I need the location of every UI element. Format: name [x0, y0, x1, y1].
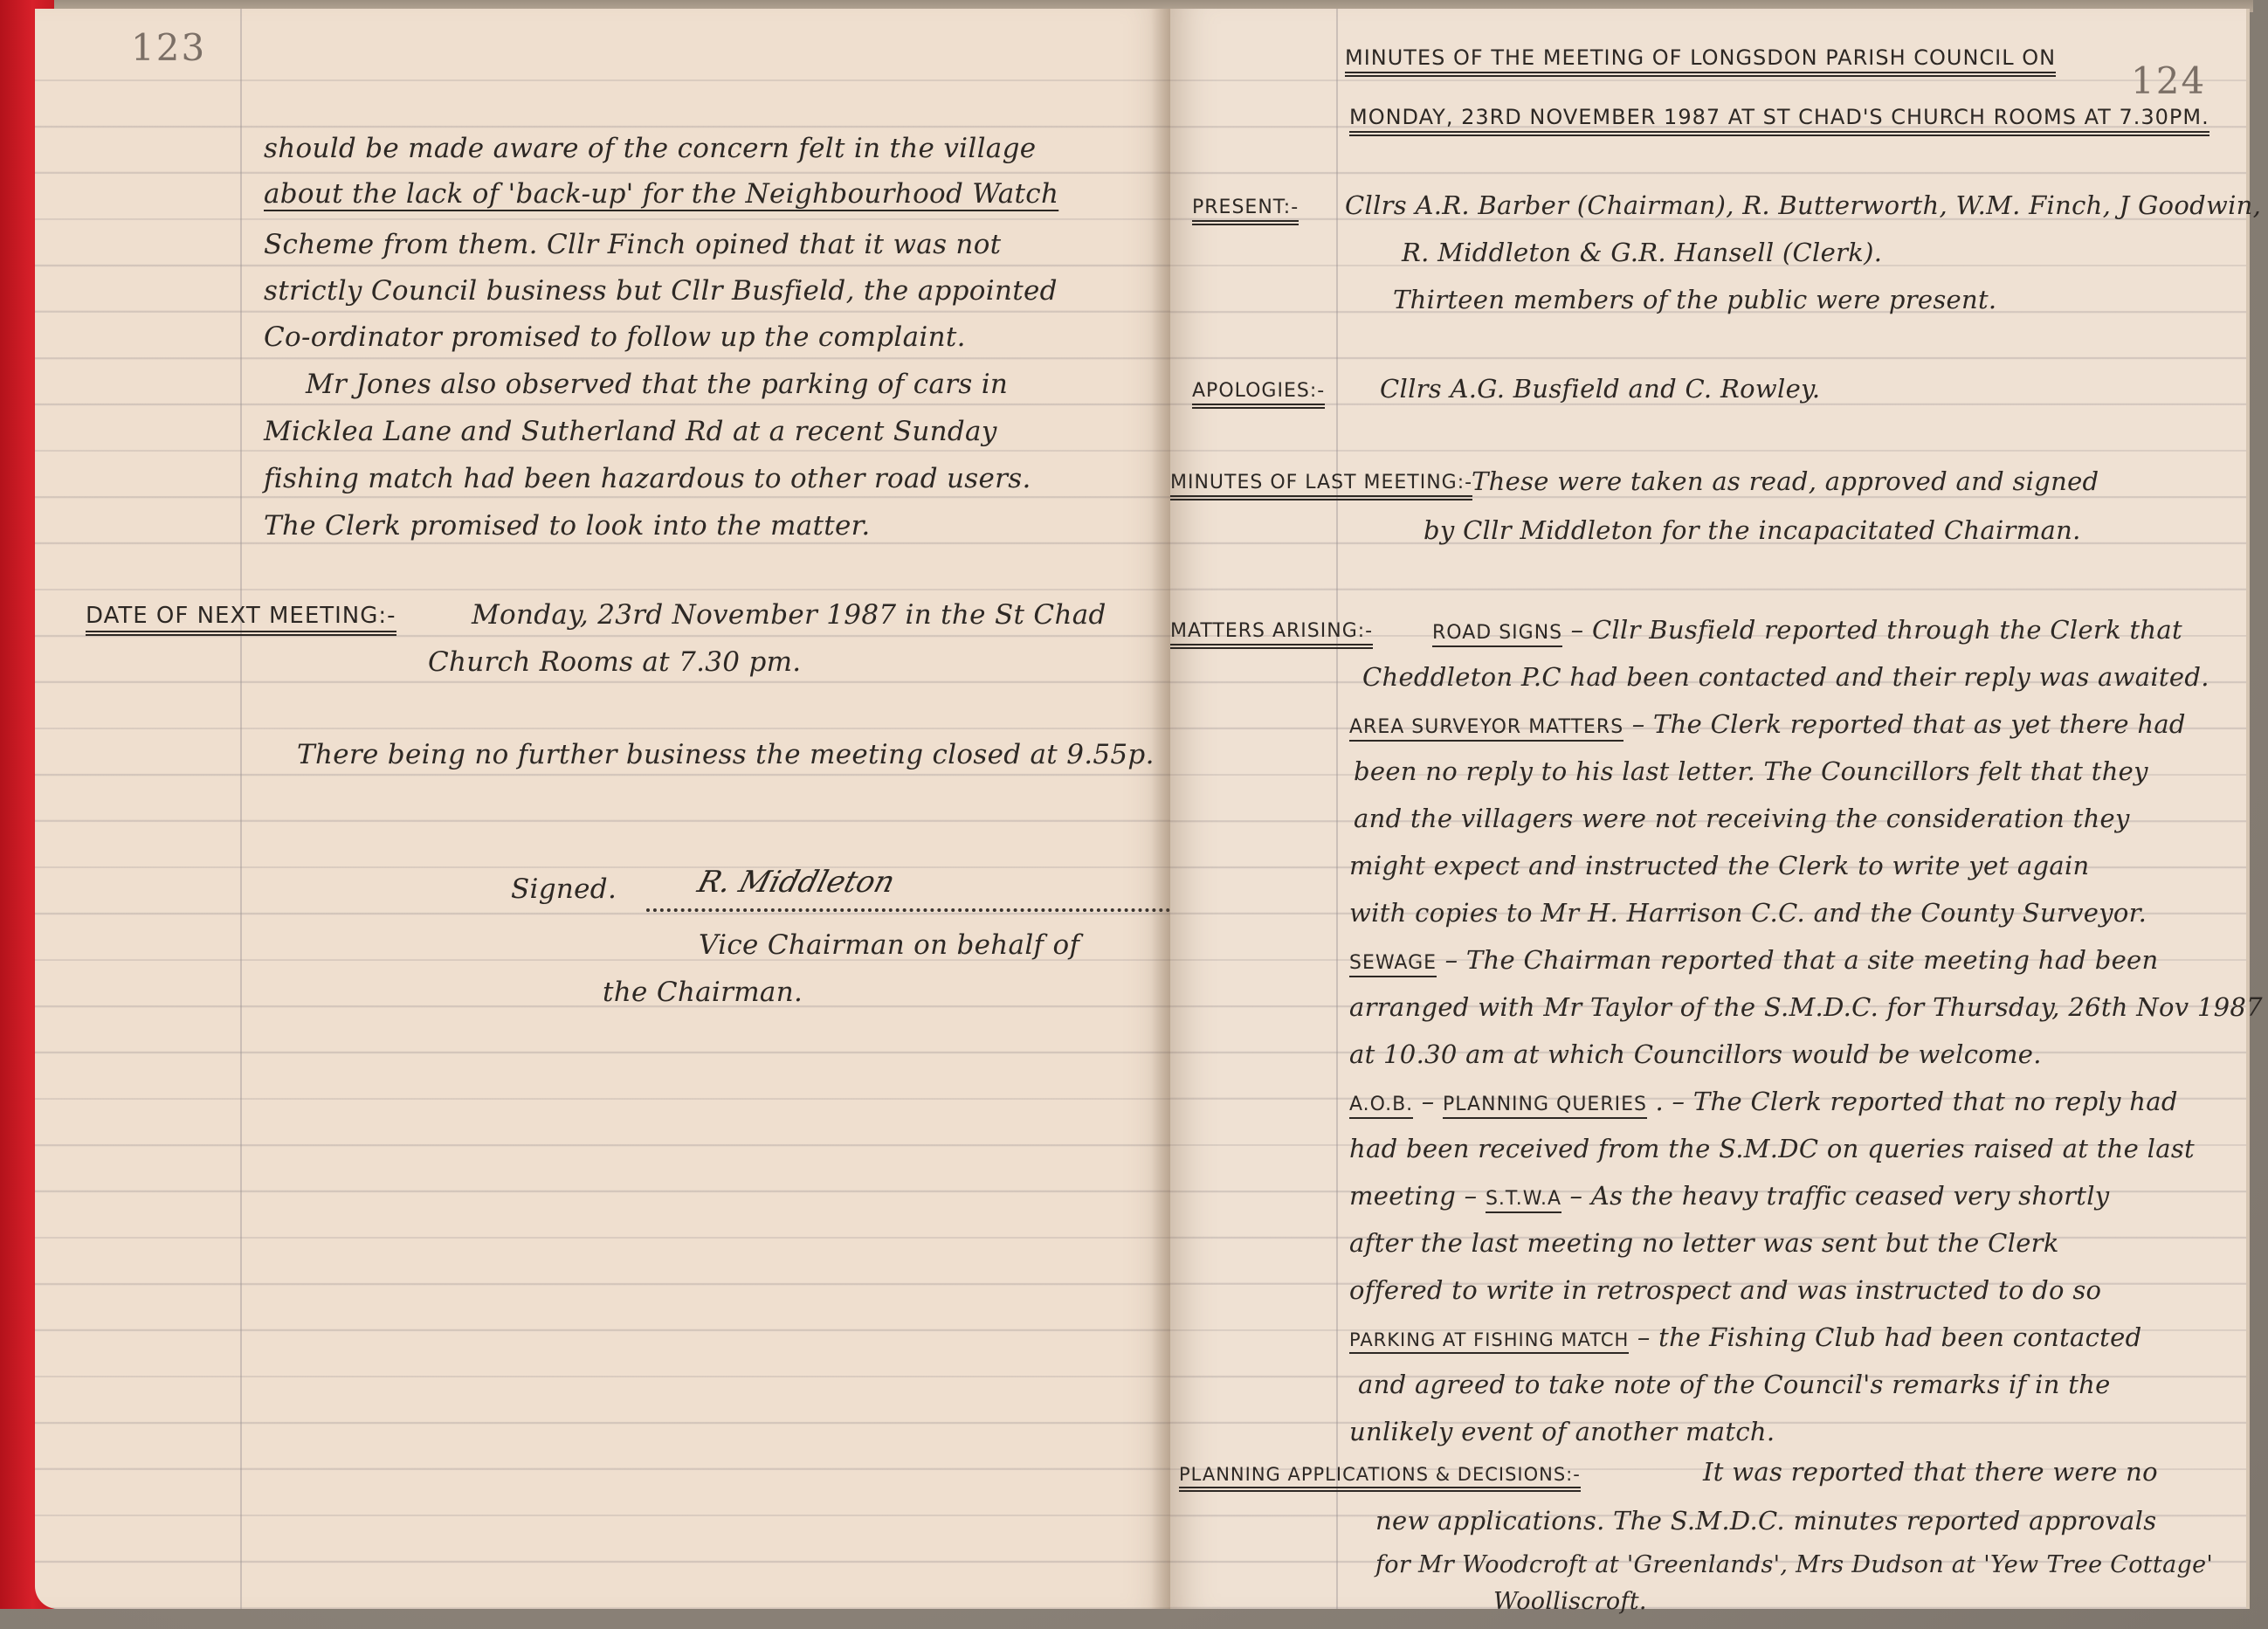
- parking-line: and agreed to take note of the Council's…: [1358, 1370, 2111, 1399]
- text-line: Scheme from them. Cllr Finch opined that…: [264, 229, 1001, 260]
- minutes-last-meeting-line: by Cllr Middleton for the incapacitated …: [1424, 515, 2081, 545]
- left-margin-line: [240, 9, 242, 1609]
- aob-text: – As the heavy traffic ceased very short…: [1570, 1181, 2110, 1211]
- text-line: about the lack of 'back-up' for the Neig…: [264, 178, 1058, 210]
- text-line: about the lack of 'back-up' for the Neig…: [264, 178, 1058, 210]
- aob-line: meeting – S.T.W.A – As the heavy traffic…: [1349, 1181, 2109, 1211]
- sewage-text: – The Chairman reported that a site meet…: [1445, 945, 2159, 975]
- sewage-line: arranged with Mr Taylor of the S.M.D.C. …: [1349, 992, 2263, 1022]
- page-number-right: 124: [2131, 59, 2206, 102]
- aob-item: A.O.B. – Planning Queries . – The Clerk …: [1349, 1087, 2178, 1116]
- text-line: Mr Jones also observed that the parking …: [306, 369, 1008, 400]
- road-signs-text: – Cllr Busfield reported through the Cle…: [1571, 615, 2182, 645]
- text-line: Co-ordinator promised to follow up the c…: [264, 321, 966, 353]
- planning-line: Woolliscroft.: [1493, 1588, 1647, 1615]
- aob-line: offered to write in retrospect and was i…: [1349, 1275, 2101, 1305]
- parking-text: – the Fishing Club had been contacted: [1637, 1322, 2142, 1352]
- parking-line: unlikely event of another match.: [1349, 1417, 1775, 1446]
- signatory-role: Vice Chairman on behalf of: [699, 929, 1079, 961]
- aob-text: . – The Clerk reported that no reply had: [1656, 1087, 2178, 1116]
- area-surveyor-line: might expect and instructed the Clerk to…: [1349, 851, 2090, 880]
- minutes-last-meeting-heading: Minutes of Last Meeting:-: [1170, 472, 1472, 500]
- sewage-subheading: Sewage: [1349, 952, 1437, 977]
- present-heading: Present:-: [1192, 197, 1299, 225]
- matters-arising-heading: Matters Arising:-: [1170, 620, 1373, 649]
- sewage-item: Sewage – The Chairman reported that a si…: [1349, 945, 2159, 975]
- area-surveyor-line: with copies to Mr H. Harrison C.C. and t…: [1349, 898, 2147, 928]
- text-line: strictly Council business but Cllr Busfi…: [264, 275, 1058, 307]
- text-line: should be made aware of the concern felt…: [264, 133, 1036, 164]
- minutes-title: Minutes of the meeting of Longsdon Paris…: [1345, 45, 2056, 77]
- area-surveyor-text: – The Clerk reported that as yet there h…: [1632, 709, 2186, 739]
- left-page: 123 should be made aware of the concern …: [35, 9, 1170, 1609]
- closing-statement: There being no further business the meet…: [297, 739, 1155, 770]
- minutes-title: Monday, 23rd November 1987 at St Chad's …: [1349, 105, 2209, 136]
- signed-label: Signed.: [511, 873, 617, 905]
- parking-item: Parking at Fishing Match – the Fishing C…: [1349, 1322, 2141, 1352]
- sewage-line: at 10.30 am at which Councillors would b…: [1349, 1039, 2042, 1069]
- present-line: Thirteen members of the public were pres…: [1393, 285, 1996, 314]
- text-line: The Clerk promised to look into the matt…: [264, 510, 871, 542]
- next-meeting-heading: Date of Next Meeting:-: [86, 603, 396, 636]
- planning-heading: Planning Applications & Decisions:-: [1179, 1464, 1581, 1492]
- area-surveyor-line: and the villagers were not receiving the…: [1354, 804, 2130, 833]
- stwa-subheading: S.T.W.A: [1486, 1188, 1561, 1213]
- aob-subheading: A.O.B.: [1349, 1094, 1413, 1119]
- planning-line: new applications. The S.M.D.C. minutes r…: [1375, 1506, 2156, 1536]
- parking-subheading: Parking at Fishing Match: [1349, 1329, 1629, 1354]
- next-meeting-line: Church Rooms at 7.30 pm.: [428, 646, 801, 678]
- text-line: fishing match had been hazardous to othe…: [264, 463, 1031, 494]
- aob-text: meeting –: [1349, 1181, 1477, 1211]
- next-meeting-line: Monday, 23rd November 1987 in the St Cha…: [472, 599, 1106, 631]
- road-signs-line: Cheddleton P.C had been contacted and th…: [1362, 662, 2209, 692]
- page-number-left: 123: [131, 26, 206, 69]
- signatory-role: the Chairman.: [603, 977, 803, 1008]
- planning-line: It was reported that there were no: [1703, 1457, 2158, 1487]
- area-surveyor-item: Area Surveyor Matters – The Clerk report…: [1349, 709, 2186, 739]
- planning-queries-subheading: Planning Queries: [1443, 1094, 1647, 1119]
- present-line: Cllrs A.R. Barber (Chairman), R. Butterw…: [1345, 190, 2261, 220]
- aob-line: had been received from the S.M.DC on que…: [1349, 1134, 2195, 1163]
- signature: R. Middleton: [694, 865, 899, 900]
- right-page: 124 Minutes of the meeting of Longsdon P…: [1170, 9, 2250, 1609]
- area-surveyor-line: been no reply to his last letter. The Co…: [1354, 756, 2148, 786]
- minutes-last-meeting-line: These were taken as read, approved and s…: [1472, 466, 2099, 496]
- planning-line: for Mr Woodcroft at 'Greenlands', Mrs Du…: [1375, 1551, 2213, 1578]
- text-line: Micklea Lane and Sutherland Rd at a rece…: [264, 416, 997, 447]
- apologies-heading: Apologies:-: [1192, 380, 1325, 409]
- aob-line: after the last meeting no letter was sen…: [1349, 1228, 2059, 1258]
- present-line: R. Middleton & G.R. Hansell (Clerk).: [1402, 238, 1882, 267]
- right-margin-line: [1336, 9, 1338, 1609]
- area-surveyor-subheading: Area Surveyor Matters: [1349, 716, 1623, 742]
- road-signs-item: Road Signs – Cllr Busfield reported thro…: [1432, 615, 2182, 645]
- apologies-text: Cllrs A.G. Busfield and C. Rowley.: [1380, 374, 1820, 404]
- signature-line: [646, 908, 1170, 912]
- road-signs-subheading: Road Signs: [1432, 622, 1562, 647]
